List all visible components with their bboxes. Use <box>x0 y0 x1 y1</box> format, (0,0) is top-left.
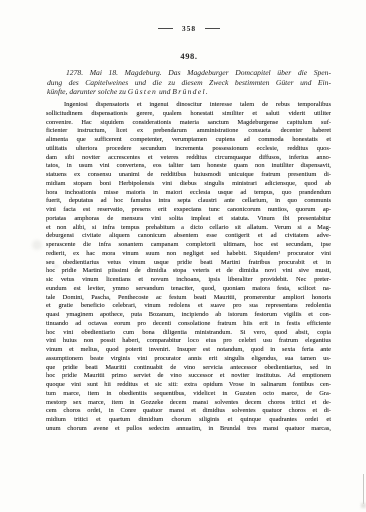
text-line: midiam stopam boni Herbipolensis vini di… <box>46 180 331 189</box>
text-line: utilitatis ulteriora procedere secundum … <box>46 145 331 154</box>
text-line: assumptionem beate virginis vini procura… <box>46 355 331 364</box>
text-line: seu obedientiarius vetus vinum usque pri… <box>46 259 331 268</box>
heading-text: und <box>157 87 172 96</box>
page-number: 358 <box>182 24 196 33</box>
text-line: unum chorum avene et pullos sedecim annu… <box>46 425 331 434</box>
text-line: et gratie beneficio celebrari, vinum red… <box>46 302 331 311</box>
heading-line: 1278. Mai 18. Magdeburg. Das Magdeburger… <box>47 68 331 78</box>
heading-text: dung des Capitelweines und die zu diesem… <box>47 78 331 87</box>
text-line: sperascente die infra sonantem campanam … <box>46 241 331 250</box>
text-line: vini huius non possit haberi, comparabit… <box>46 337 331 346</box>
text-line: tinuando ad octavas eorum pro decenti co… <box>46 320 331 329</box>
header-rule-right-icon <box>205 28 220 29</box>
heading-line: künfte, darunter solche zu Güsten und Br… <box>47 87 331 97</box>
text-line: vinum et melius, quod poterit inveniri. … <box>46 346 331 355</box>
heading-text: 1278. Mai 18. Magdeburg. Das Magdeburger… <box>66 68 331 77</box>
body-text: Ingeniosi dispensatoris et ingenui dinos… <box>46 101 331 434</box>
document-number: 498. <box>41 51 337 61</box>
text-line: alimenta que sufficerent competenter, ve… <box>46 136 331 145</box>
text-line: eundum est leviter, ymmo servandum tenac… <box>46 285 331 294</box>
text-line: sollicitudinem dispensationis gerere, qu… <box>46 110 331 119</box>
place-name: Bründel <box>172 87 206 96</box>
text-line: vini facta est reservatio, presens erit … <box>46 206 331 215</box>
text-line: ficienter instructum, licet ex prebendar… <box>46 127 331 136</box>
scan-artifact <box>363 474 364 504</box>
text-line: cem choros ordei, in Conre quatuor mansi… <box>46 407 331 416</box>
scanned-page: 358 498. 1278. Mai 18. Magdeburg. Das Ma… <box>0 0 366 512</box>
text-line: midium tritici et quartum dimidium choru… <box>46 416 331 425</box>
text-line: et non alibi, si infra tempus prehabitum… <box>46 224 331 233</box>
text-line: hoc vini obedientiario cum bona diligent… <box>46 329 331 338</box>
running-head: 358 <box>41 24 337 33</box>
text-line: hoc pridie Martini piissimi de dimidia s… <box>46 267 331 276</box>
scan-artifact <box>361 503 366 508</box>
text-line: Ingeniosi dispensatoris et ingenui dinos… <box>46 101 331 110</box>
text-line: tatos, in usum vini convertens, eos tali… <box>46 162 331 171</box>
text-line: sic vetus vinum licentians et novum inch… <box>46 276 331 285</box>
text-line: tale Domini, Pascha, Penthecoste ac fest… <box>46 294 331 303</box>
text-line: convenire. Hac siquidem considerationis … <box>46 119 331 128</box>
text-line: hora inchoationis misse maioris in maior… <box>46 189 331 198</box>
text-line: redierit, ex hac mora vinum suum non neg… <box>46 250 331 259</box>
text-line: dam sibi noviter accrescentes et veteres… <box>46 154 331 163</box>
heading-text: künfte, darunter solche zu <box>47 87 128 96</box>
text-line: quasi ymaginem apothece, puta Bozanum, i… <box>46 311 331 320</box>
text-line: deburgensi civitate aliquem canonicum ab… <box>46 232 331 241</box>
text-line: mestorp sex marce, item in Gozzeke decem… <box>46 399 331 408</box>
text-line: que pridie beati Mauritii continuabit de… <box>46 364 331 373</box>
scan-artifact <box>32 240 42 250</box>
text-line: statuens ex consensu unanimi de redditib… <box>46 171 331 180</box>
heading-line: dung des Capitelweines und die zu diesem… <box>47 78 331 88</box>
text-line: tum marce, item in obedientiis sequentib… <box>46 390 331 399</box>
heading-text: . <box>206 87 208 96</box>
text-line: portatas amphoras de mensura vini solita… <box>46 215 331 224</box>
text-line: hoc pridie Mauritii primo serviet de vin… <box>46 372 331 381</box>
heading: 1278. Mai 18. Magdeburg. Das Magdeburger… <box>47 68 331 97</box>
place-name: Güsten <box>128 87 157 96</box>
text-line: fuerit, deputatus ad hoc famulus intra s… <box>46 197 331 206</box>
header-rule-left-icon <box>158 28 173 29</box>
text-line: quoque vini sunt hii redditus et sic sit… <box>46 381 331 390</box>
